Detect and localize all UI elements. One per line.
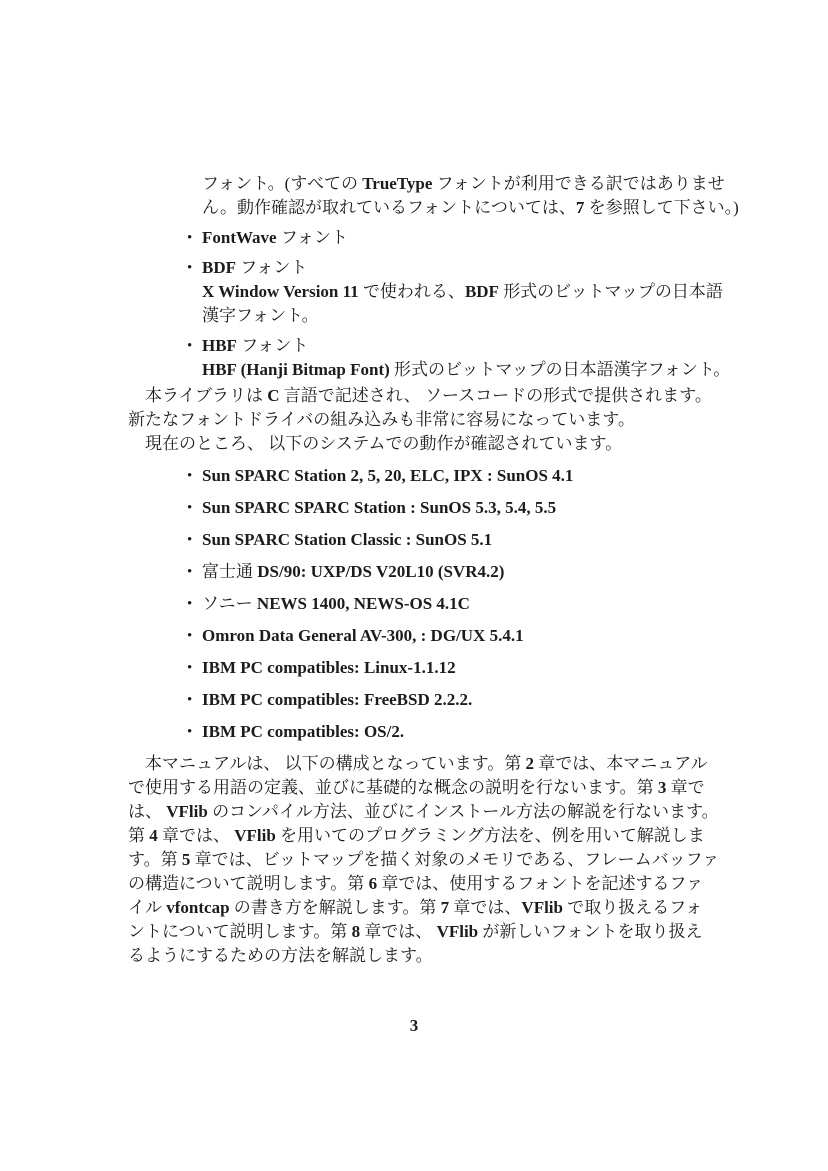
paragraph-systems-intro: 現在のところ、 以下のシステムでの動作が確認されています。 [128, 432, 704, 456]
system-item-text: Sun SPARC Station 2, 5, 20, ELC, IPX : S… [202, 464, 704, 488]
font-list-item-bdf: • BDF フォントX Window Version 11 で使われる、BDF … [202, 256, 704, 328]
font-list-item-hbf: • HBF フォントHBF (Hanji Bitmap Font) 形式のビット… [202, 334, 704, 382]
supported-system-list: • Sun SPARC Station 2, 5, 20, ELC, IPX :… [202, 464, 704, 744]
bullet-icon: • [187, 464, 192, 488]
bullet-icon: • [187, 226, 192, 250]
font-list-item-fontwave: • FontWave フォント [202, 226, 704, 250]
bullet-icon: • [187, 720, 192, 744]
system-item-text: Sun SPARC Station Classic : SunOS 5.1 [202, 528, 704, 552]
system-item-text: IBM PC compatibles: OS/2. [202, 720, 704, 744]
system-item-omron-data-general: • Omron Data General AV-300, : DG/UX 5.4… [202, 624, 704, 648]
bullet-icon: • [187, 624, 192, 648]
system-item-ibm-pc-os2: • IBM PC compatibles: OS/2. [202, 720, 704, 744]
bullet-icon: • [187, 592, 192, 616]
font-list-item-text: BDF フォントX Window Version 11 で使われる、BDF 形式… [202, 256, 704, 328]
system-item-sun-sparc-sparcstation: • Sun SPARC SPARC Station : SunOS 5.3, 5… [202, 496, 704, 520]
font-type-list: • FontWave フォント • BDF フォントX Window Versi… [202, 226, 704, 382]
bullet-icon: • [187, 496, 192, 520]
page-content: フォント。(すべての TrueType フォントが利用できる訳ではありません。動… [128, 172, 704, 968]
bullet-icon: • [187, 560, 192, 584]
paragraph-manual-structure: 本マニュアルは、 以下の構成となっています。第 2 章では、本マニュアルで使用す… [128, 752, 704, 968]
bullet-icon: • [187, 656, 192, 680]
document-page: フォント。(すべての TrueType フォントが利用できる訳ではありません。動… [0, 0, 828, 1171]
system-item-ibm-pc-linux: • IBM PC compatibles: Linux-1.1.12 [202, 656, 704, 680]
system-item-text: 富士通 DS/90: UXP/DS V20L10 (SVR4.2) [202, 560, 704, 584]
system-item-text: IBM PC compatibles: FreeBSD 2.2.2. [202, 688, 704, 712]
system-item-ibm-pc-freebsd: • IBM PC compatibles: FreeBSD 2.2.2. [202, 688, 704, 712]
system-item-sun-sparc-classic: • Sun SPARC Station Classic : SunOS 5.1 [202, 528, 704, 552]
system-item-text: IBM PC compatibles: Linux-1.1.12 [202, 656, 704, 680]
font-list-item-text: FontWave フォント [202, 226, 704, 250]
paragraph-library-description: 本ライブラリは C 言語で記述され、 ソースコードの形式で提供されます。新たなフ… [128, 384, 704, 432]
system-item-sony-news: • ソニー NEWS 1400, NEWS-OS 4.1C [202, 592, 704, 616]
page-number: 3 [0, 1016, 828, 1036]
system-item-text: Sun SPARC SPARC Station : SunOS 5.3, 5.4… [202, 496, 704, 520]
font-list-item-text: HBF フォントHBF (Hanji Bitmap Font) 形式のビットマッ… [202, 334, 704, 382]
system-item-sun-sparc-station: • Sun SPARC Station 2, 5, 20, ELC, IPX :… [202, 464, 704, 488]
system-item-fujitsu-ds90: • 富士通 DS/90: UXP/DS V20L10 (SVR4.2) [202, 560, 704, 584]
bullet-icon: • [187, 528, 192, 552]
bullet-icon: • [187, 334, 192, 358]
bullet-icon: • [187, 688, 192, 712]
system-item-text: ソニー NEWS 1400, NEWS-OS 4.1C [202, 592, 704, 616]
system-item-text: Omron Data General AV-300, : DG/UX 5.4.1 [202, 624, 704, 648]
paragraph-truetype-note: フォント。(すべての TrueType フォントが利用できる訳ではありません。動… [202, 172, 704, 220]
bullet-icon: • [187, 256, 192, 280]
